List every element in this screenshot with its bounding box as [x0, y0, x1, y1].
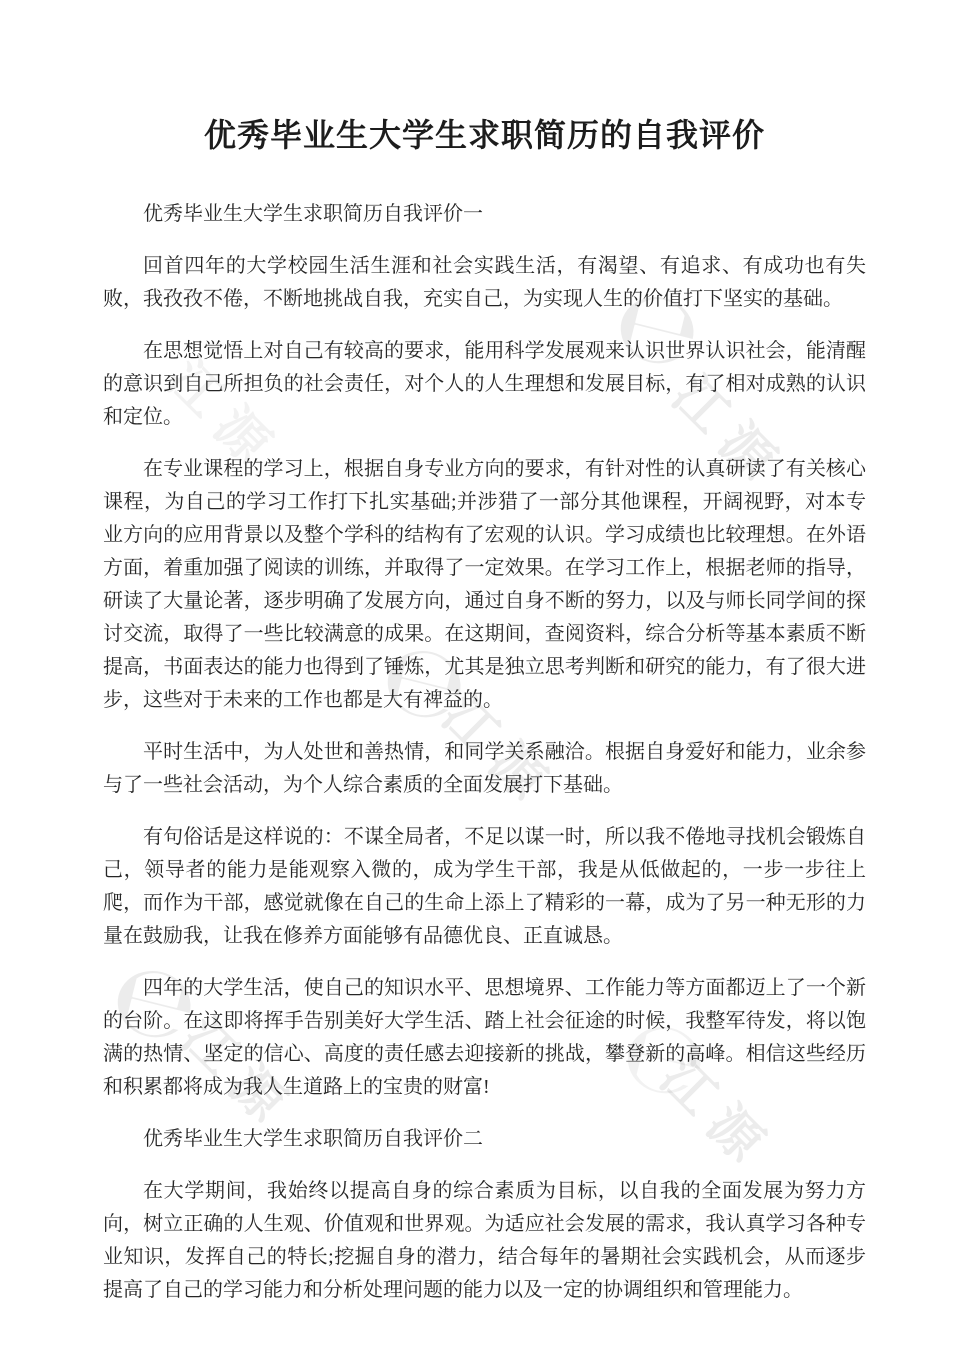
section-1-heading: 优秀毕业生大学生求职简历自我评价一 [103, 198, 866, 231]
document-content: 优秀毕业生大学生求职简历的自我评价 优秀毕业生大学生求职简历自我评价一 回首四年… [0, 0, 970, 1307]
paragraph: 四年的大学生活，使自己的知识水平、思想境界、工作能力等方面都迈上了一个新的台阶。… [103, 972, 866, 1104]
document-title: 优秀毕业生大学生求职简历的自我评价 [103, 110, 866, 156]
section-2-heading: 优秀毕业生大学生求职简历自我评价二 [103, 1123, 866, 1156]
paragraph: 在专业课程的学习上，根据自身专业方向的要求，有针对性的认真研读了有关核心课程，为… [103, 453, 866, 717]
paragraph: 在思想觉悟上对自己有较高的要求，能用科学发展观来认识世界认识社会，能清醒的意识到… [103, 335, 866, 434]
paragraph: 在大学期间，我始终以提高自身的综合素质为目标，以自我的全面发展为努力方向，树立正… [103, 1175, 866, 1307]
document-page: ℮ 江源 江源 ℮ 江源 ℮ 江源 ℮ 江源 优秀毕业生大学生求职简历的自我评价… [0, 0, 970, 1371]
paragraph: 回首四年的大学校园生活生涯和社会实践生活，有渴望、有追求、有成功也有失败，我孜孜… [103, 250, 866, 316]
paragraph: 平时生活中，为人处世和善热情，和同学关系融洽。根据自身爱好和能力，业余参与了一些… [103, 736, 866, 802]
paragraph: 有句俗话是这样说的：不谋全局者，不足以谋一时，所以我不倦地寻找机会锻炼自己，领导… [103, 821, 866, 953]
